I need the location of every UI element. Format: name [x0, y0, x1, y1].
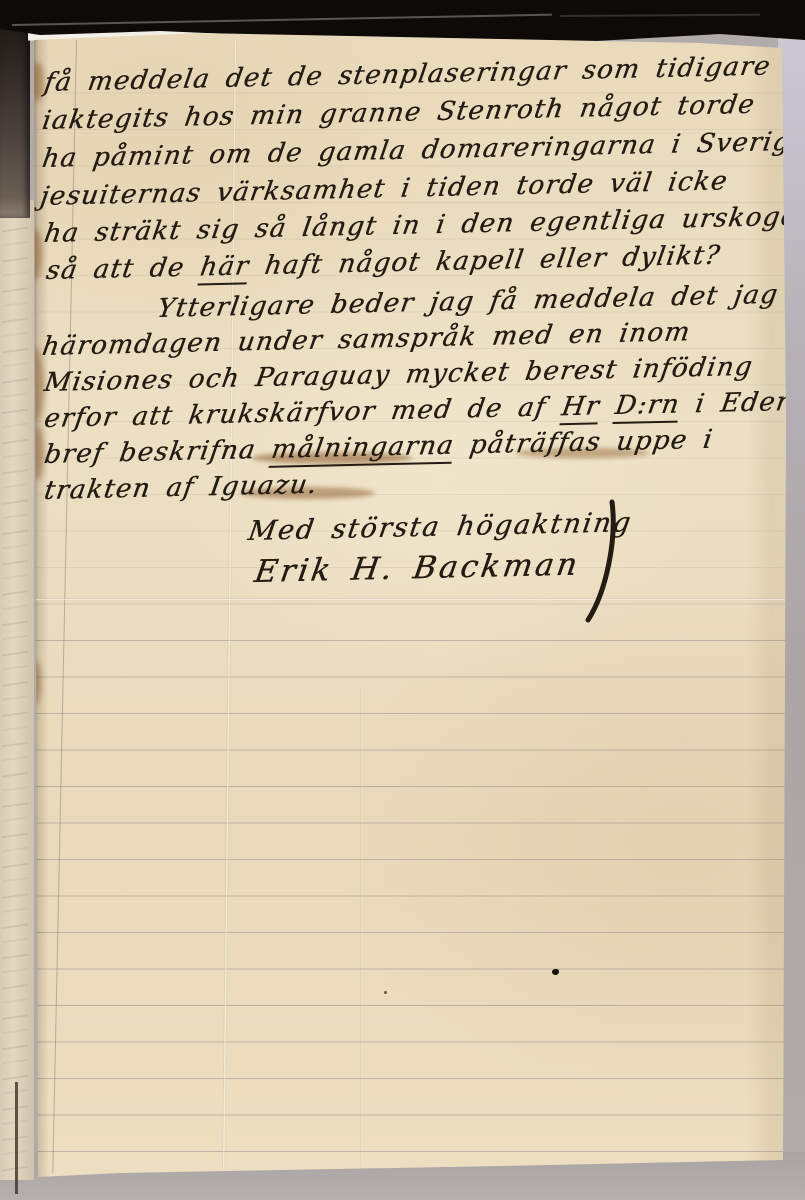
- scanned-letter-page: få meddela det de stenplaseringar som ti…: [0, 0, 805, 1200]
- handwriting-line: trakten af Iguazu.: [42, 476, 315, 506]
- signature-flourish: [572, 496, 624, 624]
- letter-paper: få meddela det de stenplaseringar som ti…: [0, 0, 805, 1200]
- handwriting-text: trakten af Iguazu.: [42, 470, 320, 506]
- handwriting-line: så att de här haft något kapell eller dy…: [44, 256, 718, 286]
- cover-edge-line: [15, 1082, 18, 1194]
- fold-crease-vertical-2: [360, 688, 362, 1166]
- paper-speck: [384, 991, 387, 994]
- signature-text: Erik H. Backman: [252, 546, 582, 590]
- handwriting-line: bref beskrifna målningarna påträffas upp…: [42, 440, 711, 470]
- fold-crease-horizontal: [36, 598, 784, 601]
- facing-page-edge: [0, 200, 34, 1180]
- bleedthrough-texture: [2, 200, 28, 1180]
- signature: Erik H. Backman: [252, 554, 577, 590]
